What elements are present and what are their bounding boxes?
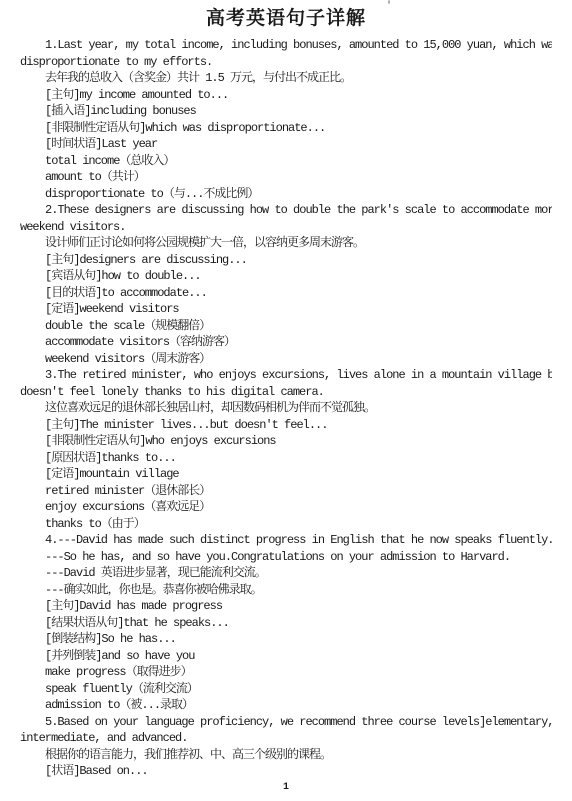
item-3-phrases-line: enjoy excursions（喜欢远足） xyxy=(20,499,552,516)
document-body: 1.Last year, my total income, including … xyxy=(0,37,572,780)
item-4-analysis-line: [结果状语从句]that he speaks... xyxy=(20,615,552,632)
item-3-analysis-line: [非限制性定语从句]who enjoys excursions xyxy=(20,433,552,450)
item-4-analysis-line: [倒装结构]So he has... xyxy=(20,631,552,648)
document-page: ' 高考英语句子详解 1.Last year, my total income,… xyxy=(0,0,572,801)
item-2-phrases-line: weekend visitors（周末游客） xyxy=(20,351,552,368)
item-1-phrases-line: disproportionate to（与...不成比例） xyxy=(20,186,552,203)
item-2-analysis-line: [主句]designers are discussing... xyxy=(20,252,552,269)
item-4-analysis-line: [并列倒装]and so have you xyxy=(20,648,552,665)
item-3-analysis-line: [定语]mountain village xyxy=(20,466,552,483)
item-1-analysis-line: [主句]my income amounted to... xyxy=(20,87,552,104)
item-5-analysis-line: [状语]Based on... xyxy=(20,763,552,780)
item-5-translation-line: 根据你的语言能力，我们推荐初、中、高三个级别的课程。 xyxy=(20,747,552,764)
item-1-sentence-line: 1.Last year, my total income, including … xyxy=(20,37,552,54)
item-1-translation-line: 去年我的总收入（含奖金）共计 1.5 万元，与付出不成正比。 xyxy=(20,70,552,87)
item-4-phrases-line: admission to（被...录取） xyxy=(20,697,552,714)
item-4-phrases-line: make progress（取得进步） xyxy=(20,664,552,681)
item-2-phrases-line: accommodate visitors（容纳游客） xyxy=(20,334,552,351)
item-3-analysis-line: [主句]The minister lives...but doesn't fee… xyxy=(20,417,552,434)
item-4-phrases-line: speak fluently（流利交流） xyxy=(20,681,552,698)
item-3-analysis-line: [原因状语]thanks to... xyxy=(20,450,552,467)
item-4-analysis-line: [主句]David has made progress xyxy=(20,598,552,615)
item-3-phrases-line: retired minister（退休部长） xyxy=(20,483,552,500)
item-1-sentence-line: disproportionate to my efforts. xyxy=(20,54,552,71)
item-2-sentence-line: weekend visitors. xyxy=(20,219,552,236)
item-4-sentence-line: ---So he has, and so have you.Congratula… xyxy=(20,549,552,566)
item-3-phrases-line: thanks to（由于） xyxy=(20,516,552,533)
item-4-translation-line: ---确实如此，你也是。恭喜你被哈佛录取。 xyxy=(20,582,552,599)
item-1-analysis-line: [插入语]including bonuses xyxy=(20,103,552,120)
item-2-analysis-line: [宾语从句]how to double... xyxy=(20,268,552,285)
item-1-phrases-line: amount to（共计） xyxy=(20,169,552,186)
item-2-sentence-line: 2.These designers are discussing how to … xyxy=(20,202,552,219)
item-4-translation-line: ---David 英语进步显著，现已能流利交流。 xyxy=(20,565,552,582)
item-3-sentence-line: doesn't feel lonely thanks to his digita… xyxy=(20,384,552,401)
item-2-phrases-line: double the scale（规模翻倍） xyxy=(20,318,552,335)
item-3-sentence-line: 3.The retired minister, who enjoys excur… xyxy=(20,367,552,384)
item-5-sentence-line: 5.Based on your language proficiency, we… xyxy=(20,714,552,731)
item-3-translation-line: 这位喜欢远足的退休部长独居山村，却因数码相机为伴而不觉孤独。 xyxy=(20,400,552,417)
item-1-analysis-line: [时间状语]Last year xyxy=(20,136,552,153)
item-2-analysis-line: [目的状语]to accommodate... xyxy=(20,285,552,302)
page-title: 高考英语句子详解 xyxy=(0,0,572,30)
item-4-sentence-line: 4.---David has made such distinct progre… xyxy=(20,532,552,549)
item-2-translation-line: 设计师们正讨论如何将公园规模扩大一倍，以容纳更多周末游客。 xyxy=(20,235,552,252)
item-2-analysis-line: [定语]weekend visitors xyxy=(20,301,552,318)
item-1-phrases-line: total income（总收入） xyxy=(20,153,552,170)
item-5-sentence-line: intermediate, and advanced. xyxy=(20,730,552,747)
stray-mark: ' xyxy=(386,1,392,12)
page-number: 1 xyxy=(0,780,572,797)
item-1-analysis-line: [非限制性定语从句]which was disproportionate... xyxy=(20,120,552,137)
